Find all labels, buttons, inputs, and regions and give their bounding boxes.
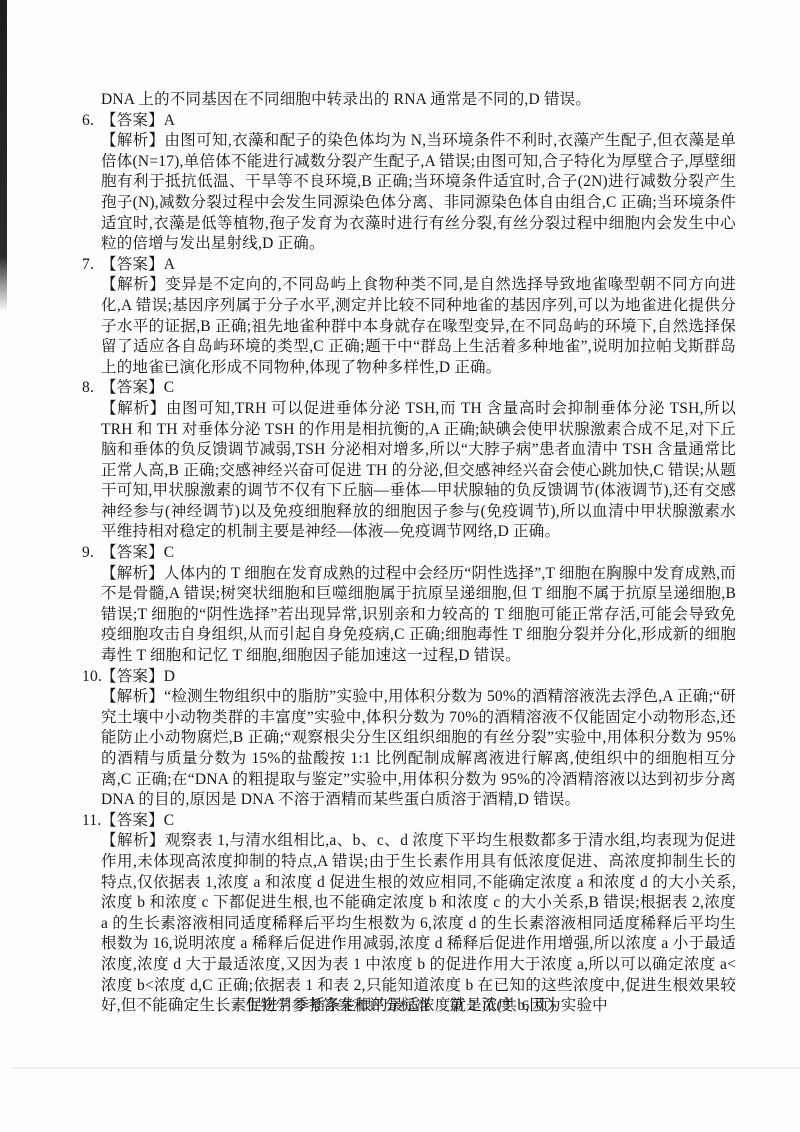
answer-line: 6.【答案】A [101, 111, 736, 132]
answer-key-content: DNA 上的不同基因在不同细胞中转录出的 RNA 通常是不同的,D 错误。 6.… [85, 90, 736, 1017]
analysis-text: 【解析】由图可知,衣藻和配子的染色体均为 N,当环境条件不利时,衣藻产生配子,但… [101, 131, 736, 255]
question-number: 9. [82, 543, 94, 564]
answers-list: 6.【答案】A【解析】由图可知,衣藻和配子的染色体均为 N,当环境条件不利时,衣… [85, 111, 736, 1017]
answer-line: 8.【答案】C [101, 378, 736, 399]
question-number: 11. [82, 811, 101, 832]
answer-item: 7.【答案】A【解析】变异是不定向的,不同岛屿上食物种类不同,是自然选择导致地雀… [85, 255, 736, 379]
page-footer: 生物学参考答案和评分标准第 2 页(共 6 页) [0, 995, 800, 1017]
answer-text: 【答案】D [101, 668, 175, 685]
answer-text: 【答案】A [101, 112, 175, 129]
answer-line: 9.【答案】C [101, 543, 736, 564]
footer-document-title: 生物学参考答案和评分标准 [245, 998, 431, 1014]
answer-line: 7.【答案】A [101, 255, 736, 276]
answer-text: 【答案】C [101, 812, 174, 829]
analysis-text: 【解析】观察表 1,与清水组相比,a、b、c、d 浓度下平均生根数都多于清水组,… [101, 831, 736, 1016]
answer-text: 【答案】C [101, 379, 174, 396]
continuation-paragraph: DNA 上的不同基因在不同细胞中转录出的 RNA 通常是不同的,D 错误。 [85, 90, 736, 111]
answer-item: 9.【答案】C【解析】人体内的 T 细胞在发育成熟的过程中会经历“阴性选择”,T… [85, 543, 736, 667]
analysis-text: 【解析】人体内的 T 细胞在发育成熟的过程中会经历“阴性选择”,T 细胞在胸腺中… [101, 564, 736, 667]
question-number: 10. [82, 667, 102, 688]
question-number: 7. [82, 255, 94, 276]
answer-line: 11.【答案】C [101, 811, 736, 832]
analysis-text: 【解析】“检测生物组织中的脂肪”实验中,用体积分数为 50%的酒精溶液洗去浮色,… [101, 687, 736, 811]
question-number: 6. [82, 111, 94, 132]
question-number: 8. [82, 378, 94, 399]
answer-item: 8.【答案】C【解析】由图可知,TRH 可以促进垂体分泌 TSH,而 TH 含量… [85, 378, 736, 543]
answer-item: 10.【答案】D【解析】“检测生物组织中的脂肪”实验中,用体积分数为 50%的酒… [85, 667, 736, 811]
answer-item: 6.【答案】A【解析】由图可知,衣藻和配子的染色体均为 N,当环境条件不利时,衣… [85, 111, 736, 255]
answer-text: 【答案】A [101, 256, 175, 273]
page-bottom-edge [12, 1067, 800, 1069]
scan-edge-artifact [0, 0, 7, 312]
answer-text: 【答案】C [101, 544, 174, 561]
analysis-text: 【解析】由图可知,TRH 可以促进垂体分泌 TSH,而 TH 含量高时会抑制垂体… [101, 399, 736, 543]
analysis-text: 【解析】变异是不定向的,不同岛屿上食物种类不同,是自然选择导致地雀喙型朝不同方向… [101, 275, 736, 378]
answer-line: 10.【答案】D [101, 667, 736, 688]
footer-page-number: 第 2 页(共 6 页) [449, 998, 555, 1014]
answer-item: 11.【答案】C【解析】观察表 1,与清水组相比,a、b、c、d 浓度下平均生根… [85, 811, 736, 1017]
document-page: DNA 上的不同基因在不同细胞中转录出的 RNA 通常是不同的,D 错误。 6.… [0, 0, 800, 1132]
